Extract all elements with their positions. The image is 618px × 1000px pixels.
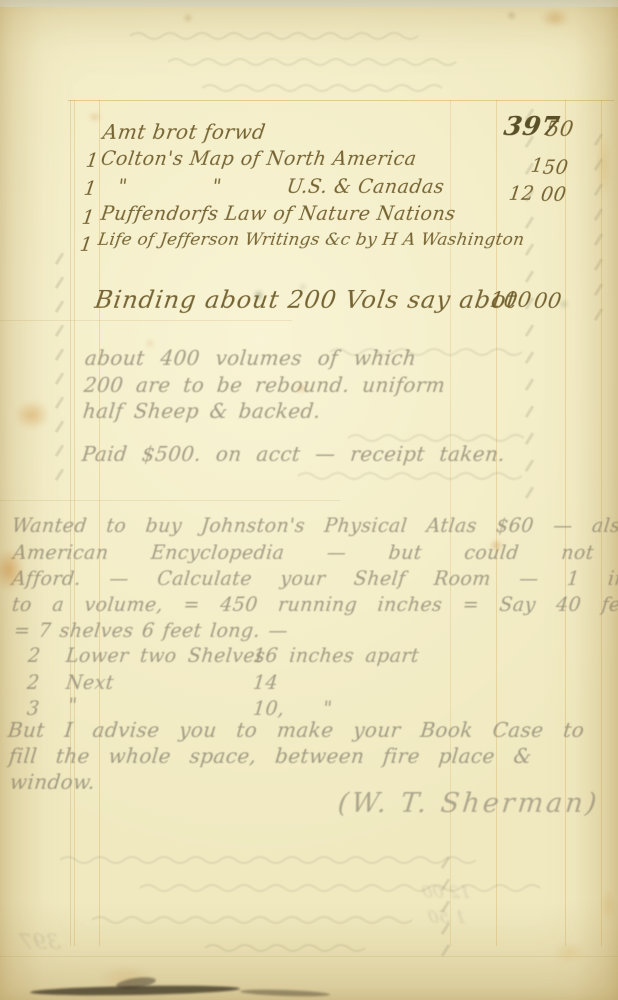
advice-line: Afford. — Calculate your Shelf Room — 1 … (11, 568, 618, 590)
bleedthrough-ditto-mark (594, 183, 603, 195)
bleedthrough-ditto-mark (55, 372, 64, 384)
paper-stain (184, 14, 192, 22)
closing-line: fill the whole space, between fire place… (8, 744, 533, 768)
bleedthrough-script (130, 26, 430, 46)
closing-line: window. (9, 770, 97, 794)
binding-line: Binding about 200 Vols say abot (93, 286, 519, 314)
bleedthrough-ditto-mark (525, 243, 534, 255)
bleedthrough-script (298, 466, 528, 486)
shelf-gap: 14 (252, 672, 279, 694)
ledger-row-desc: Colton's Map of North America (99, 148, 418, 170)
bleedthrough-ditto-mark (55, 252, 64, 264)
shelf-label: " (67, 695, 78, 717)
advice-line: Wanted to buy Johnston's Physical Atlas … (11, 515, 618, 537)
ledger-row-desc: " " U.S. & Canadas (116, 176, 445, 198)
bleedthrough-ditto-mark (594, 233, 603, 245)
bleedthrough-script (92, 910, 422, 930)
shelf-gap: 16 inches apart (252, 645, 420, 667)
ledger-row-qty: 1 (80, 207, 96, 229)
shelf-count: 2 (26, 672, 41, 694)
signature: (W. T. Sherman) (336, 788, 601, 819)
bleedthrough-ditto-mark (525, 432, 534, 444)
pencil-note: 200 are to be rebound. uniform (83, 373, 447, 397)
bleedthrough-ditto-mark (55, 468, 64, 480)
bleedthrough-ditto-mark (525, 378, 534, 390)
fold-crease (0, 500, 340, 501)
binding-cents: 00 (532, 289, 563, 313)
advice-line: to a volume, = 450 running inches = Say … (11, 594, 618, 616)
ledger-row-cents: 50 (544, 117, 575, 141)
ledger-row-qty: 1 (84, 150, 100, 172)
ledger-row-qty: 1 (82, 178, 98, 200)
bleedthrough-ditto-mark (594, 258, 603, 270)
bleedthrough-ditto-mark (55, 396, 64, 408)
ledger-row-desc: Life of Jefferson Writings &c by H A Was… (97, 230, 526, 250)
bleedthrough-ditto-mark (525, 324, 534, 336)
bleedthrough-ditto-mark (594, 283, 603, 295)
ledger-row-cents: 50 (541, 157, 569, 179)
pencil-note: half Sheep & backed. (82, 399, 322, 423)
bleedthrough-ditto-mark (525, 270, 534, 282)
bleedthrough-ditto-mark (55, 300, 64, 312)
ledger-row-cents: 00 (539, 184, 567, 206)
shelf-gap: 10, " (252, 698, 334, 720)
ledger-row-desc: Puffendorfs Law of Nature Nations (99, 203, 457, 225)
bleedthrough-number: 397 (18, 930, 61, 954)
bleedthrough-ditto-mark (525, 351, 534, 363)
advice-line: American Encyclopedia — but could not (12, 542, 595, 564)
bleedthrough-script (140, 878, 540, 898)
bleedthrough-script (60, 850, 490, 870)
bleedthrough-ditto-mark (594, 158, 603, 170)
closing-line: But I advise you to make your Book Case … (7, 718, 586, 742)
shelf-label: Next (65, 672, 115, 694)
bleedthrough-ditto-mark (441, 944, 450, 956)
shelf-count: 2 (27, 645, 42, 667)
bleedthrough-ditto-mark (55, 420, 64, 432)
bleedthrough-script (168, 52, 458, 72)
bleedthrough-ditto-mark (55, 324, 64, 336)
paper-stain (96, 964, 156, 990)
paper-stain (552, 942, 586, 964)
scan-top-edge (0, 0, 618, 7)
scan-bottom-edge-smudge (240, 988, 330, 997)
bleedthrough-ditto-mark (594, 133, 603, 145)
bleedthrough-ditto-mark (594, 208, 603, 220)
bleedthrough-script (330, 342, 526, 362)
bleedthrough-ditto-mark (525, 486, 534, 498)
paper-stain (540, 8, 570, 28)
bleedthrough-ditto-mark (594, 308, 603, 320)
bleedthrough-script (202, 78, 448, 98)
bleedthrough-ditto-mark (525, 216, 534, 228)
bleedthrough-ditto-mark (55, 444, 64, 456)
bleedthrough-ditto-mark (55, 348, 64, 360)
scan-bottom-edge-smudge (30, 984, 240, 997)
paper-stain (508, 12, 515, 19)
fold-crease (0, 320, 292, 321)
manuscript-page: Amt brot forwd 397 50 1 Colton's Map of … (0, 0, 618, 1000)
shelf-count: 3 (26, 698, 41, 720)
scan-bottom-edge-smudge (115, 975, 156, 990)
header-rule (68, 100, 614, 101)
bleedthrough-ditto-mark (55, 276, 64, 288)
shelf-label: Lower two Shelves (65, 645, 266, 667)
bleedthrough-script (348, 428, 524, 448)
bleedthrough-script (205, 938, 375, 958)
advice-line: = 7 shelves 6 feet long. — (13, 620, 289, 642)
ledger-row-desc: Amt brot forwd (101, 120, 267, 144)
paper-stain (14, 400, 50, 430)
paper-stain (88, 112, 102, 122)
paper-stain (600, 888, 616, 922)
ledger-row-qty: 1 (78, 234, 94, 256)
bleedthrough-ditto-mark (525, 405, 534, 417)
